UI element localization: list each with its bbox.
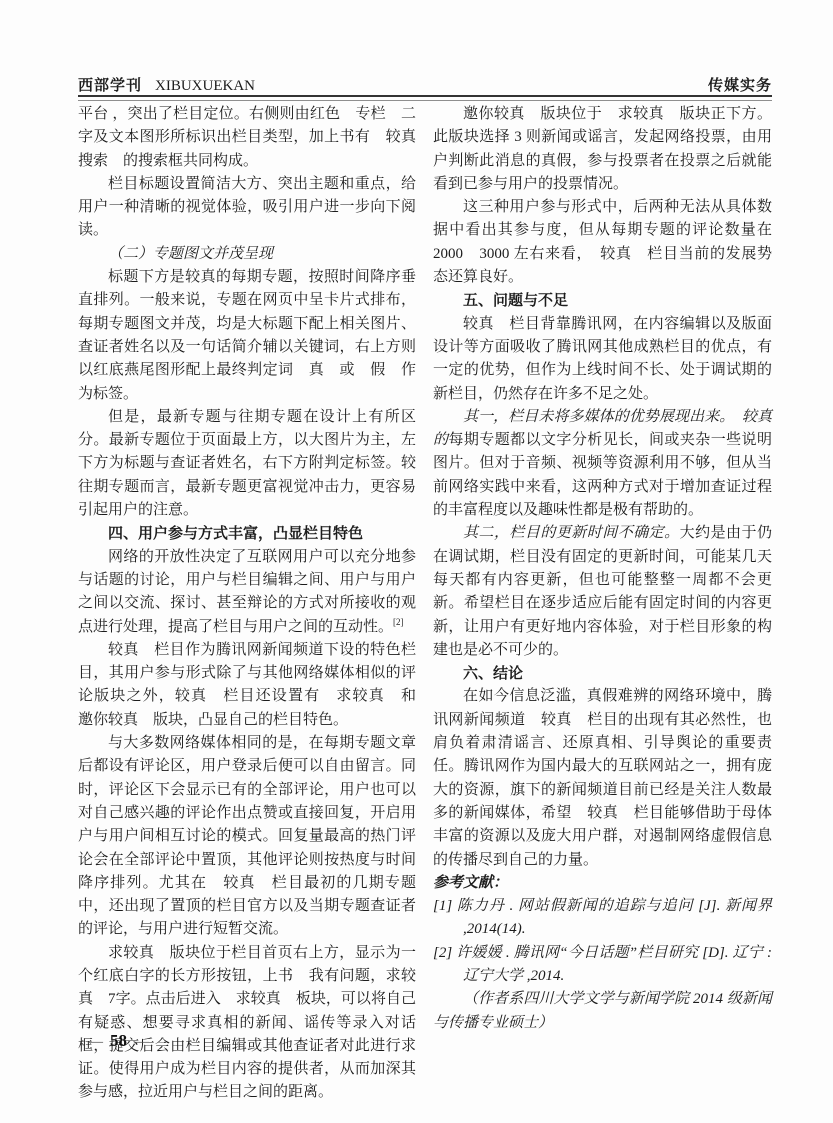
- header-rule: [78, 95, 772, 101]
- references-title: 参考文献：: [433, 872, 772, 895]
- page-number-dash-right: —: [134, 1034, 149, 1050]
- section-heading: 四、用户参与方式丰富，凸显栏目特色: [78, 522, 416, 545]
- text-run: 较真 栏目作为腾讯网新闻频道下设的特色栏目，其用户参与形式除了与其他网络媒体相似…: [78, 642, 431, 728]
- right-column: 邀你较真 版块位于 求较真 版块正下方。此版块选择 3 则新闻或谣言，发起网络投…: [433, 103, 772, 1035]
- paragraph: 求较真 版块位于栏目首页右上方，显示为一个红底白字的长方形按钮，上书 我有问题，…: [78, 942, 416, 1105]
- footnote-ref: [2]: [393, 617, 404, 627]
- paragraph: 平台 ，突出了栏目定位。右侧则由红色 专栏 二字及文本图形所标识出栏目类型，加上…: [78, 103, 416, 173]
- text-run: 较真 栏目背靠腾讯网，在内容编辑以及版面设计等方面吸收了腾讯网其他成熟栏目的优点…: [433, 316, 772, 402]
- text-run: [1] 陈力丹 . 网站假新闻的追踪与追问 [J]. 新闻界 ,2014(14)…: [433, 898, 772, 937]
- journal-title-cn: 西部学刊: [78, 77, 142, 94]
- text-run: 栏目标题设置简洁大方、突出主题和重点，给用户一种清晰的视觉体验，吸引用户进一步向…: [78, 176, 416, 239]
- paragraph: 这三种用户参与形式中，后两种无法从具体数据中看出其参与度，但从每期专题的评论数量…: [433, 196, 772, 289]
- page-header: 西部学刊 XIBUXUEKAN 传媒实务: [78, 74, 772, 95]
- paragraph: 邀你较真 版块位于 求较真 版块正下方。此版块选择 3 则新闻或谣言，发起网络投…: [433, 103, 772, 196]
- text-run: 五、问题与不足: [463, 292, 568, 309]
- reference-item: [2] 许媛媛 . 腾讯网“今日话题”栏目研究 [D]. 辽宁 : 辽宁大学 ,…: [433, 942, 772, 989]
- page-number-value: 58: [103, 1031, 134, 1050]
- paragraph: 标题下方是较真的每期专题，按照时间降序垂直排列。一般来说，专题在网页中呈卡片式排…: [78, 266, 416, 406]
- text-run: 大约是由于仍在调试期，栏目没有固定的更新时间，可能某几天每天都有内容更新，但也可…: [433, 525, 772, 657]
- reference-item: [1] 陈力丹 . 网站假新闻的追踪与追问 [J]. 新闻界 ,2014(14)…: [433, 895, 772, 942]
- journal-title: 西部学刊 XIBUXUEKAN: [78, 74, 255, 95]
- paragraph: 较真 栏目背靠腾讯网，在内容编辑以及版面设计等方面吸收了腾讯网其他成熟栏目的优点…: [433, 313, 772, 406]
- paragraph: 较真 栏目作为腾讯网新闻频道下设的特色栏目，其用户参与形式除了与其他网络媒体相似…: [78, 639, 416, 732]
- paragraph: 网络的开放性决定了互联网用户可以充分地参与话题的讨论，用户与栏目编辑之间、用户与…: [78, 546, 416, 639]
- text-run: 平台 ，突出了栏目定位。右侧则由红色 专栏 二字及文本图形所标识出栏目类型，加上…: [78, 106, 416, 169]
- text-run: （作者系四川大学文学与新闻学院 2014 级新闻与传播专业硕士）: [433, 991, 772, 1030]
- text-run: [2] 许媛媛 . 腾讯网“今日话题”栏目研究 [D]. 辽宁 : 辽宁大学 ,…: [433, 945, 772, 984]
- author-note: （作者系四川大学文学与新闻学院 2014 级新闻与传播专业硕士）: [433, 988, 772, 1035]
- text-run: （二）专题图文并茂呈现: [108, 246, 273, 262]
- paragraph: 与大多数网络媒体相同的是，在每期专题文章后都设有评论区，用户登录后便可以自由留言…: [78, 732, 416, 942]
- journal-title-en: XIBUXUEKAN: [155, 78, 255, 94]
- text-run: 求较真 版块位于栏目首页右上方，显示为一个红底白字的长方形按钮，上书 我有问题，…: [78, 945, 416, 1101]
- text-run: 但是，最新专题与往期专题在设计上有所区分。最新专题位于页面最上方，以大图片为主，…: [78, 409, 416, 518]
- subsection-heading: （二）专题图文并茂呈现: [78, 243, 416, 266]
- text-run: 网络的开放性决定了互联网用户可以充分地参与话题的讨论，用户与栏目编辑之间、用户与…: [78, 549, 416, 635]
- text-run: 邀你较真 版块位于 求较真 版块正下方。此版块选择 3 则新闻或谣言，发起网络投…: [433, 106, 772, 192]
- journal-page: 西部学刊 XIBUXUEKAN 传媒实务 平台 ，突出了栏目定位。右侧则由红色 …: [0, 0, 833, 1123]
- text-run: 在如今信息泛滥，真假难辨的网络环境中，腾讯网新闻频道 较真 栏目的出现有其必然性…: [433, 688, 772, 867]
- text-run: 每期专题都以文字分析见长，间或夹杂一些说明图片。但对于音频、视频等资源利用不够，…: [433, 432, 772, 518]
- section-heading: 六、结论: [433, 662, 772, 685]
- section-heading: 五、问题与不足: [433, 289, 772, 312]
- emphasis-text: 其二，栏目的更新时间不确定。: [463, 525, 680, 541]
- paragraph: 其一，栏目未将多媒体的优势展现出来。 较真 的每期专题都以文字分析见长，间或夹杂…: [433, 406, 772, 522]
- text-run: 与大多数网络媒体相同的是，在每期专题文章后都设有评论区，用户登录后便可以自由留言…: [78, 735, 416, 937]
- text-run: 标题下方是较真的每期专题，按照时间降序垂直排列。一般来说，专题在网页中呈卡片式排…: [78, 269, 416, 401]
- text-run: 六、结论: [463, 665, 523, 682]
- paragraph: 但是，最新专题与往期专题在设计上有所区分。最新专题位于页面最上方，以大图片为主，…: [78, 406, 416, 522]
- page-number: —58—: [88, 1031, 149, 1051]
- text-run: 这三种用户参与形式中，后两种无法从具体数据中看出其参与度，但从每期专题的评论数量…: [433, 199, 772, 285]
- paragraph: 栏目标题设置简洁大方、突出主题和重点，给用户一种清晰的视觉体验，吸引用户进一步向…: [78, 173, 416, 243]
- text-run: 四、用户参与方式丰富，凸显栏目特色: [108, 525, 363, 542]
- section-label: 传媒实务: [708, 74, 772, 95]
- page-number-dash-left: —: [88, 1034, 103, 1050]
- paragraph: 其二，栏目的更新时间不确定。大约是由于仍在调试期，栏目没有固定的更新时间，可能某…: [433, 522, 772, 662]
- paragraph: 在如今信息泛滥，真假难辨的网络环境中，腾讯网新闻频道 较真 栏目的出现有其必然性…: [433, 685, 772, 871]
- text-run: 参考文献：: [433, 875, 508, 891]
- left-column: 平台 ，突出了栏目定位。右侧则由红色 专栏 二字及文本图形所标识出栏目类型，加上…: [78, 103, 416, 1105]
